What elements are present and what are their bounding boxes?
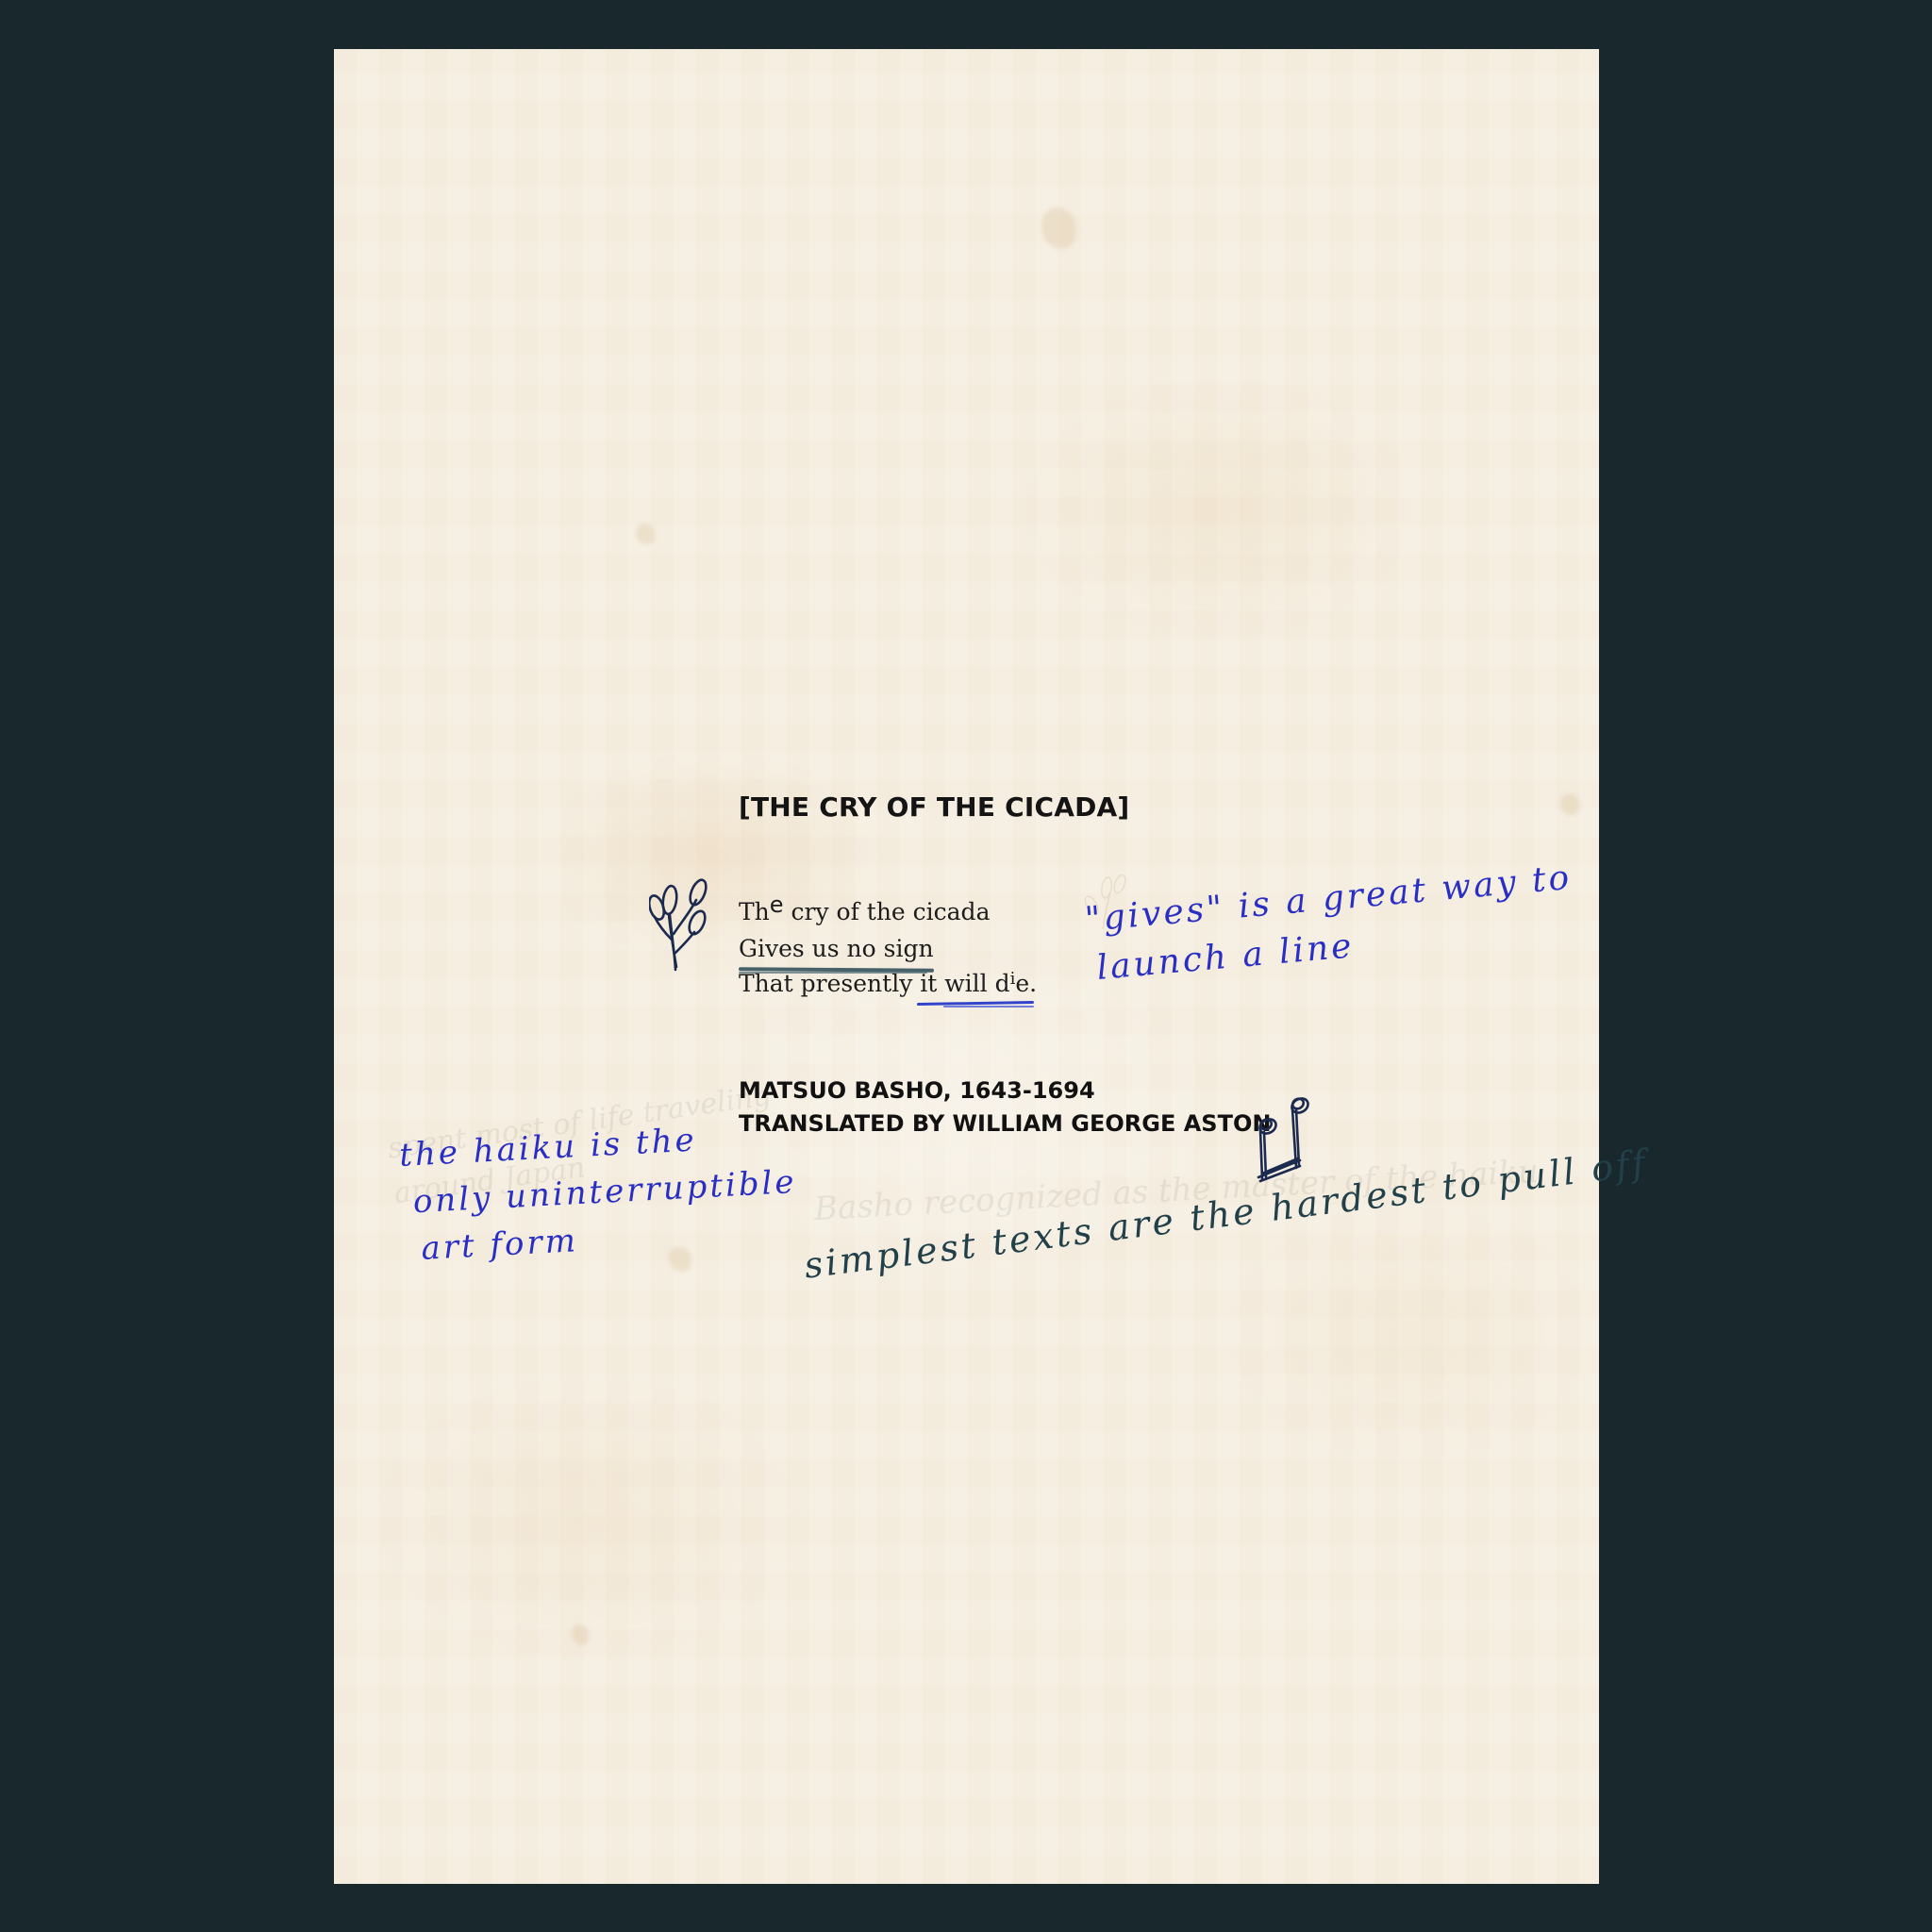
underline-mark-blue [943, 1006, 1034, 1008]
underline-mark-teal [739, 972, 927, 974]
author-line: MATSUO BASHO, 1643-1694 [739, 1074, 1271, 1108]
line-text: e. [1015, 970, 1037, 997]
poem-line-2: Gives us no sign [739, 931, 1037, 967]
line-text: Gives us no sign [739, 935, 934, 962]
leaf-sprig-icon [649, 877, 711, 972]
raised-letter: e [770, 891, 784, 918]
poem-title: [THE CRY OF THE CICADA] [739, 791, 1129, 823]
poem-line-1: The cry of the cicada [739, 894, 1037, 931]
attribution: MATSUO BASHO, 1643-1694 TRANSLATED BY WI… [739, 1074, 1271, 1141]
handwritten-note-left: the haiku is the only uninterruptible ar… [398, 1111, 800, 1274]
paper-stain [572, 1624, 589, 1645]
paper-stain [1560, 794, 1579, 815]
paper-stain [636, 524, 655, 544]
line-text: That presently it will d [739, 970, 1010, 997]
paper-stain [1041, 208, 1075, 249]
music-note-icon [1247, 1092, 1319, 1187]
line-text: cry of the cicada [784, 898, 991, 925]
line-text: Th [739, 898, 770, 925]
poem-body: The cry of the cicada Gives us no sign T… [739, 894, 1037, 1005]
translator-line: TRANSLATED BY WILLIAM GEORGE ASTON [739, 1108, 1271, 1141]
raised-letter: i [1010, 969, 1016, 989]
